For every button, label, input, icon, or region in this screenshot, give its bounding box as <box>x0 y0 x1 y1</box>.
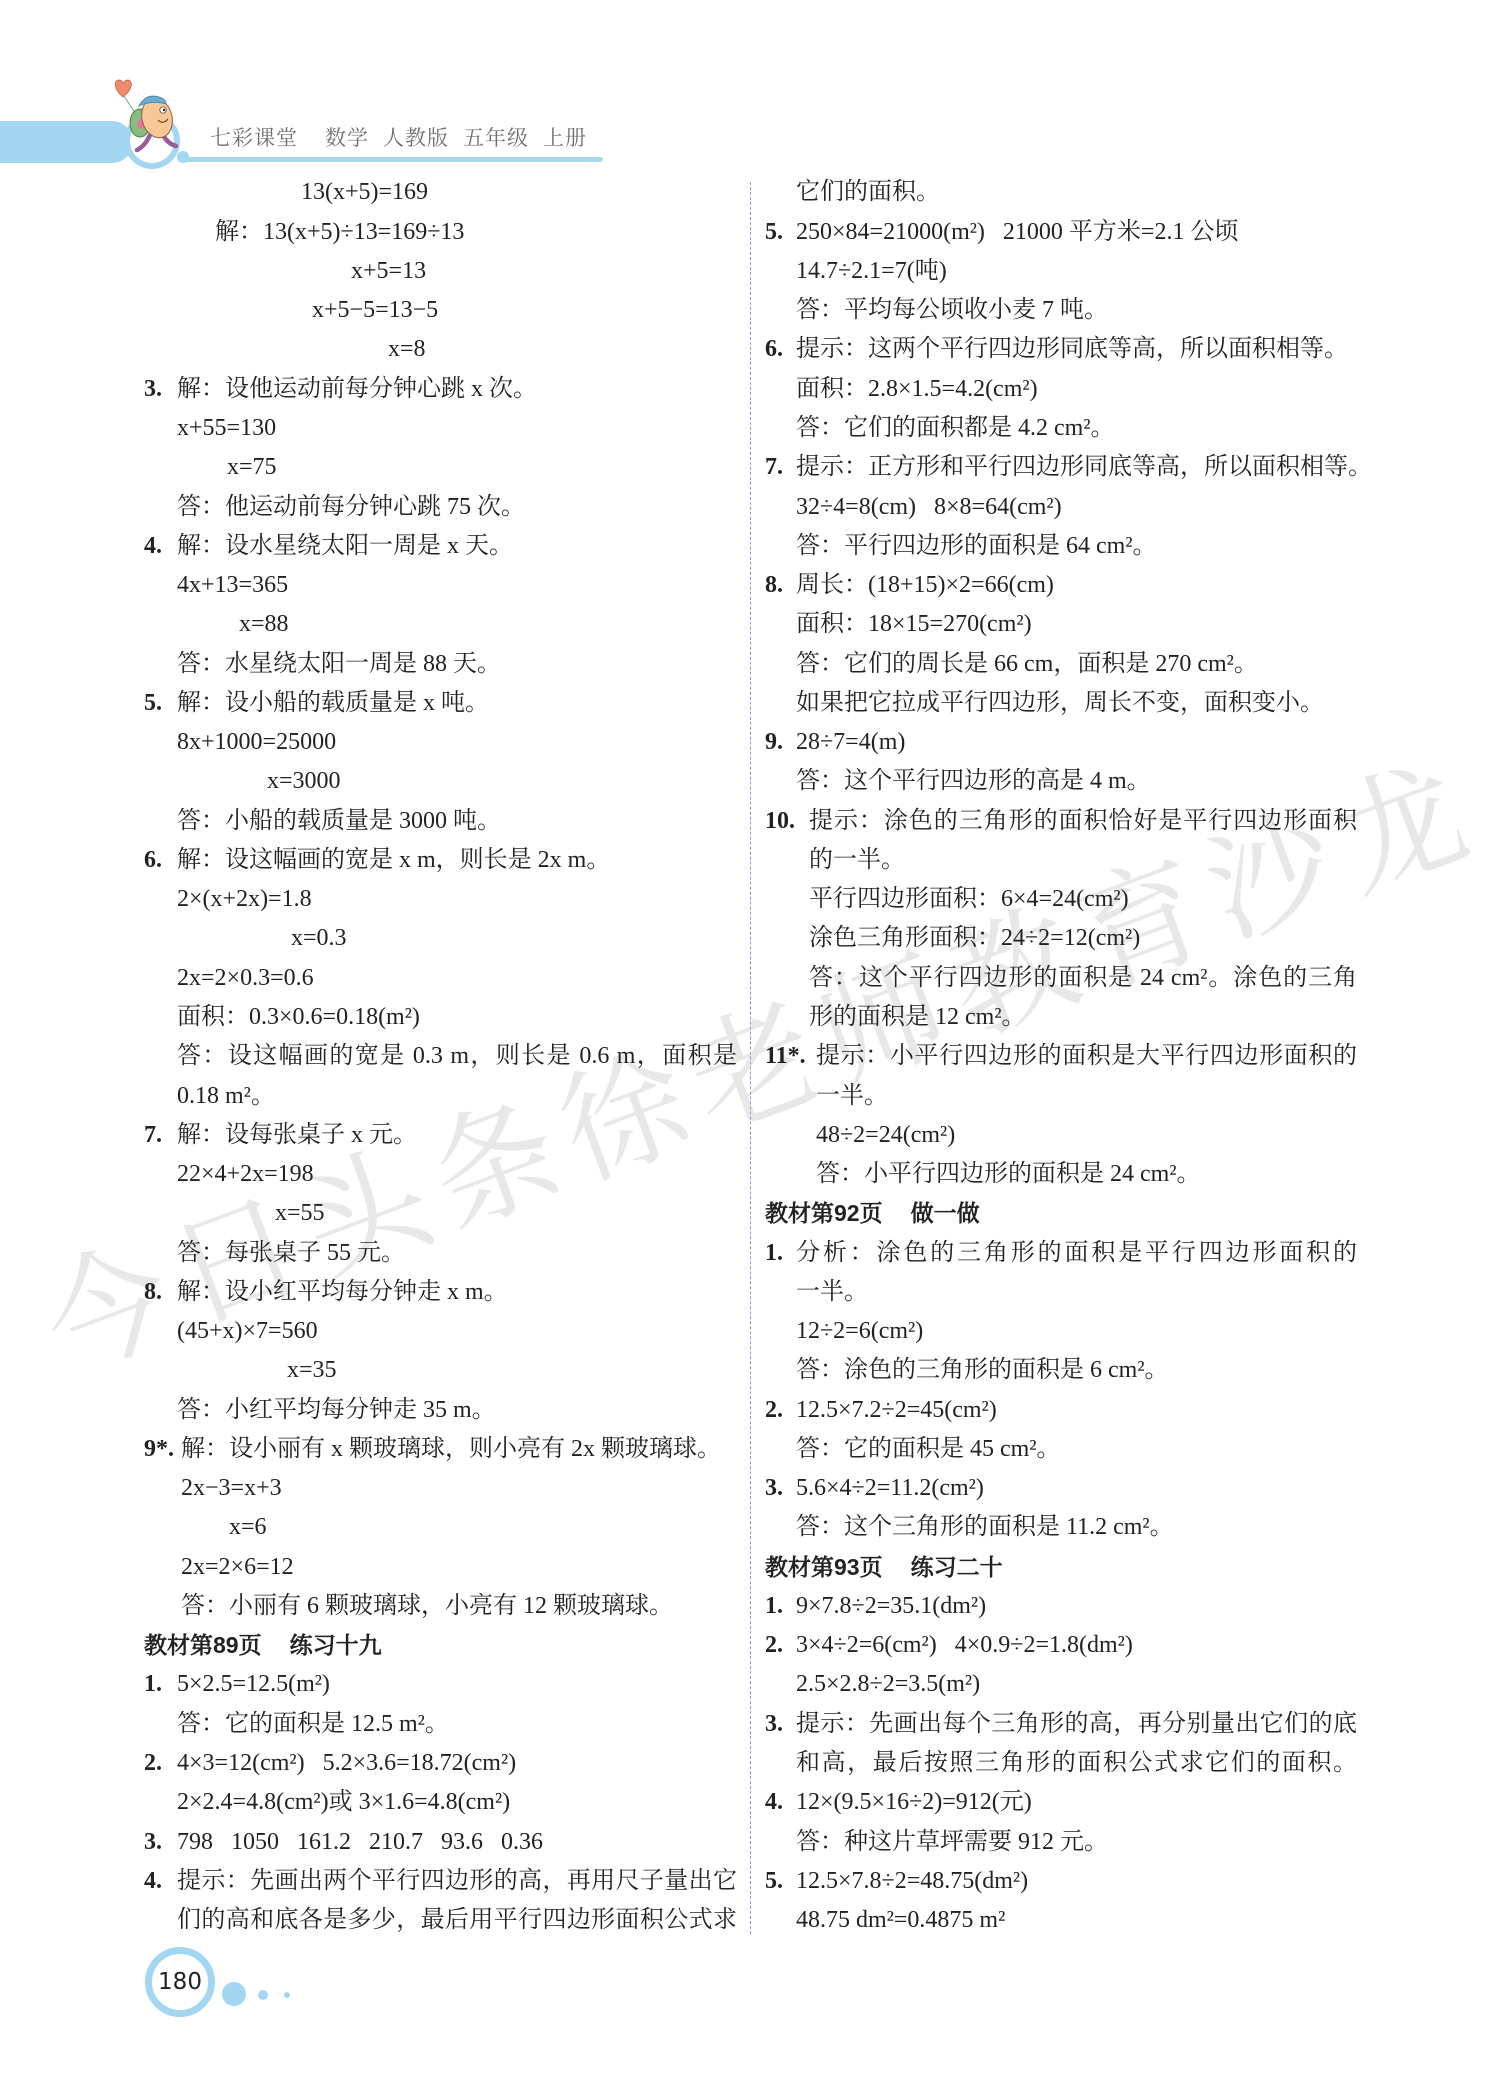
question-number: 4. <box>765 1783 783 1822</box>
answer-line: 答：种这片草坪需要 912 元。 <box>0 1823 1500 1862</box>
line-text: 3×4÷2=6(cm²) 4×0.9÷2=1.8(dm²) <box>796 1626 1133 1665</box>
question-line: 2.12.5×7.2÷2=45(cm²) <box>0 1391 1500 1430</box>
question-line: 8.周长：(18+15)×2=66(cm) <box>0 566 1500 605</box>
answer-line: 答：它们的面积都是 4.2 cm²。 <box>0 409 1500 448</box>
line-text: 12×(9.5×16÷2)=912(元) <box>796 1783 1032 1822</box>
decorative-dot-medium-icon <box>258 1990 268 2000</box>
answer-line: 答：它的面积是 45 cm²。 <box>0 1430 1500 1469</box>
answer-line: 答：平行四边形的面积是 64 cm²。 <box>0 527 1500 566</box>
question-line: 2.3×4÷2=6(cm²) 4×0.9÷2=1.8(dm²) <box>0 1626 1500 1665</box>
question-line: 1.9×7.8÷2=35.1(dm²) <box>0 1587 1500 1626</box>
decorative-dot-large-icon <box>222 1982 246 2006</box>
line-text: 提示：这两个平行四边形同底等高，所以面积相等。 <box>796 330 1348 369</box>
subject: 数学 <box>325 122 369 152</box>
line-text: 答：平行四边形的面积是 64 cm²。 <box>796 527 1157 566</box>
question-number: 10. <box>765 802 795 841</box>
question-line: 10.提示：涂色的三角形的面积恰好是平行四边形面积 <box>0 802 1500 841</box>
question-line: 6.提示：这两个平行四边形同底等高，所以面积相等。 <box>0 330 1500 369</box>
line-text: 答：小平行四边形的面积是 24 cm²。 <box>816 1155 1201 1194</box>
answer-line: 一半。 <box>0 1077 1500 1116</box>
question-line: 5.12.5×7.8÷2=48.75(dm²) <box>0 1862 1500 1901</box>
line-text: 答：种这片草坪需要 912 元。 <box>796 1823 1108 1862</box>
heading-title: 练习二十 <box>911 1554 1003 1580</box>
edition: 人教版 <box>383 122 449 152</box>
volume: 上册 <box>543 122 587 152</box>
equation-line: 14.7÷2.1=7(吨) <box>0 252 1500 291</box>
decorative-dot-small-icon <box>284 1992 290 1998</box>
equation-line: 48.75 dm²=0.4875 m² <box>0 1901 1500 1940</box>
line-text: 它们的面积。 <box>796 173 940 212</box>
question-number: 8. <box>765 566 783 605</box>
question-line: 7.提示：正方形和平行四边形同底等高，所以面积相等。 <box>0 448 1500 487</box>
line-text: 9×7.8÷2=35.1(dm²) <box>796 1587 986 1626</box>
equation-line: 48÷2=24(cm²) <box>0 1116 1500 1155</box>
question-number: 3. <box>765 1469 783 1508</box>
line-text: 一半。 <box>796 1273 868 1312</box>
question-line: 9.28÷7=4(m) <box>0 723 1500 762</box>
page-number: 180 <box>158 1969 202 1995</box>
heading-title: 做一做 <box>911 1200 980 1226</box>
line-text: 提示：正方形和平行四边形同底等高，所以面积相等。 <box>796 448 1372 487</box>
running-header: 七彩课堂 数学 人教版 五年级 上册 <box>210 124 601 150</box>
line-text: 答：这个平行四边形的面积是 24 cm²。涂色的三角 <box>809 959 1357 998</box>
question-number: 5. <box>765 1862 783 1901</box>
line-text: 答：平均每公顷收小麦 7 吨。 <box>796 291 1108 330</box>
answer-line: 答：这个平行四边形的面积是 24 cm²。涂色的三角 <box>0 959 1500 998</box>
answer-line: 的一半。 <box>0 841 1500 880</box>
question-number: 1. <box>765 1234 783 1273</box>
line-text: 面积：2.8×1.5=4.2(cm²) <box>796 370 1038 409</box>
line-text: 周长：(18+15)×2=66(cm) <box>796 566 1054 605</box>
line-text: 提示：小平行四边形的面积是大平行四边形面积的 <box>816 1037 1357 1076</box>
equation-line: 平行四边形面积：6×4=24(cm²) <box>0 880 1500 919</box>
question-line: 3.提示：先画出每个三角形的高，再分别量出它们的底 <box>0 1705 1500 1744</box>
line-text: 答：它的面积是 45 cm²。 <box>796 1430 1061 1469</box>
question-number: 3. <box>765 1705 783 1744</box>
heading-page-ref: 教材第92页 <box>765 1200 883 1226</box>
line-text: 答：这个三角形的面积是 11.2 cm²。 <box>796 1508 1174 1547</box>
line-text: 分析：涂色的三角形的面积是平行四边形面积的 <box>796 1234 1357 1273</box>
answer-line: 答：这个三角形的面积是 11.2 cm²。 <box>0 1508 1500 1547</box>
line-text: 形的面积是 12 cm²。 <box>809 998 1026 1037</box>
line-text: 答：涂色的三角形的面积是 6 cm²。 <box>796 1351 1169 1390</box>
equation-line: 涂色三角形面积：24÷2=12(cm²) <box>0 919 1500 958</box>
line-text: 提示：涂色的三角形的面积恰好是平行四边形面积 <box>809 802 1357 841</box>
question-line: 1.分析：涂色的三角形的面积是平行四边形面积的 <box>0 1234 1500 1273</box>
heading-page-ref: 教材第93页 <box>765 1554 883 1580</box>
line-text: 一半。 <box>816 1077 888 1116</box>
grade: 五年级 <box>463 122 529 152</box>
question-line: 4.12×(9.5×16÷2)=912(元) <box>0 1783 1500 1822</box>
heart-balloon-icon <box>115 80 131 97</box>
line-text: 和高，最后按照三角形的面积公式求它们的面积。 <box>796 1744 1357 1783</box>
equation-line: 面积：18×15=270(cm²) <box>0 605 1500 644</box>
equation-line: 2.5×2.8÷2=3.5(m²) <box>0 1665 1500 1704</box>
question-number: 9. <box>765 723 783 762</box>
line-text: 答：它们的周长是 66 cm，面积是 270 cm²。 <box>796 645 1258 684</box>
section-heading-text: 教材第93页练习二十 <box>765 1548 1003 1587</box>
line-text: 28÷7=4(m) <box>796 723 905 762</box>
textbook-answer-page: 七彩课堂 数学 人教版 五年级 上册 今日头条徐老师教育沙龙 13(x+5)=1… <box>0 0 1500 2086</box>
line-text: 面积：18×15=270(cm²) <box>796 605 1032 644</box>
question-number: 11*. <box>765 1037 806 1076</box>
answer-line: 答：它们的周长是 66 cm，面积是 270 cm²。 <box>0 645 1500 684</box>
line-text: 12.5×7.8÷2=48.75(dm²) <box>796 1862 1028 1901</box>
answer-line: 它们的面积。 <box>0 173 1500 212</box>
line-text: 的一半。 <box>809 841 905 880</box>
line-text: 48.75 dm²=0.4875 m² <box>796 1901 1005 1940</box>
answer-line: 如果把它拉成平行四边形，周长不变，面积变小。 <box>0 684 1500 723</box>
question-number: 1. <box>765 1587 783 1626</box>
line-text: 提示：先画出每个三角形的高，再分别量出它们的底 <box>796 1705 1357 1744</box>
question-line: 11*.提示：小平行四边形的面积是大平行四边形面积的 <box>0 1037 1500 1076</box>
line-text: 48÷2=24(cm²) <box>816 1116 955 1155</box>
line-text: 答：这个平行四边形的高是 4 m。 <box>796 762 1151 801</box>
line-text: 250×84=21000(m²) 21000 平方米=2.1 公顷 <box>796 213 1238 252</box>
line-text: 12÷2=6(cm²) <box>796 1312 923 1351</box>
line-text: 涂色三角形面积：24÷2=12(cm²) <box>809 919 1140 958</box>
answer-line: 和高，最后按照三角形的面积公式求它们的面积。 <box>0 1744 1500 1783</box>
answer-line: 一半。 <box>0 1273 1500 1312</box>
equation-line: 32÷4=8(cm) 8×8=64(cm²) <box>0 488 1500 527</box>
question-number: 7. <box>765 448 783 487</box>
line-text: 答：它们的面积都是 4.2 cm²。 <box>796 409 1115 448</box>
answer-line: 答：涂色的三角形的面积是 6 cm²。 <box>0 1351 1500 1390</box>
answer-line: 答：这个平行四边形的高是 4 m。 <box>0 762 1500 801</box>
answer-line: 答：小平行四边形的面积是 24 cm²。 <box>0 1155 1500 1194</box>
line-text: 2.5×2.8÷2=3.5(m²) <box>796 1665 980 1704</box>
question-line: 3.5.6×4÷2=11.2(cm²) <box>0 1469 1500 1508</box>
page-number-badge: 180 <box>145 1947 215 2017</box>
section-heading: 教材第92页做一做 <box>0 1194 1500 1233</box>
answer-line: 形的面积是 12 cm²。 <box>0 998 1500 1037</box>
equation-line: 面积：2.8×1.5=4.2(cm²) <box>0 370 1500 409</box>
line-text: 如果把它拉成平行四边形，周长不变，面积变小。 <box>796 684 1324 723</box>
question-line: 5.250×84=21000(m²) 21000 平方米=2.1 公顷 <box>0 213 1500 252</box>
header-banner <box>0 60 620 180</box>
question-number: 6. <box>765 330 783 369</box>
line-text: 平行四边形面积：6×4=24(cm²) <box>809 880 1129 919</box>
line-text: 5.6×4÷2=11.2(cm²) <box>796 1469 984 1508</box>
question-number: 5. <box>765 213 783 252</box>
line-text: 32÷4=8(cm) 8×8=64(cm²) <box>796 488 1062 527</box>
line-text: 14.7÷2.1=7(吨) <box>796 252 947 291</box>
answer-line: 答：平均每公顷收小麦 7 吨。 <box>0 291 1500 330</box>
series-name: 七彩课堂 <box>210 122 298 152</box>
question-number: 2. <box>765 1391 783 1430</box>
section-heading-text: 教材第92页做一做 <box>765 1194 980 1233</box>
equation-line: 12÷2=6(cm²) <box>0 1312 1500 1351</box>
section-heading: 教材第93页练习二十 <box>0 1548 1500 1587</box>
line-text: 12.5×7.2÷2=45(cm²) <box>796 1391 997 1430</box>
question-number: 2. <box>765 1626 783 1665</box>
right-column: 它们的面积。 5.250×84=21000(m²) 21000 平方米=2.1 … <box>0 173 1500 1940</box>
